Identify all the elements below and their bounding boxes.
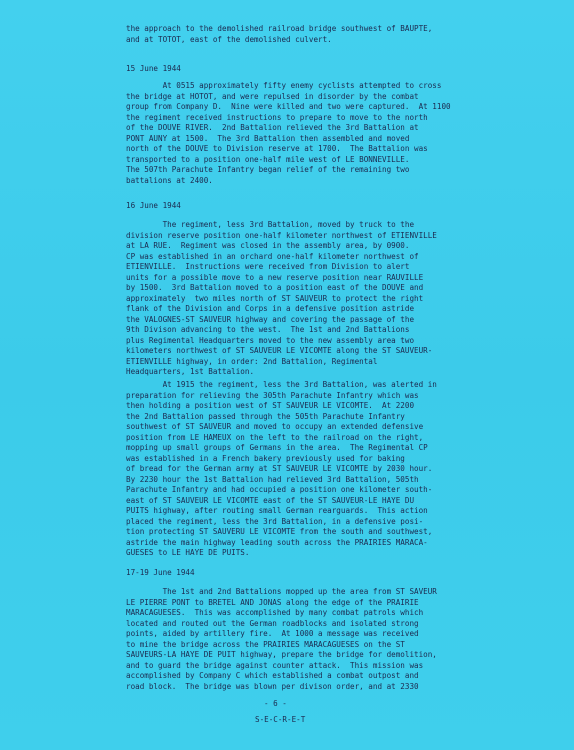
text-line: to mine the bridge across the PRAIRIES M…: [126, 640, 486, 651]
text-line: preparation for relieving the 305th Para…: [126, 391, 486, 402]
text-line: flank of the Division and Corps in a def…: [126, 304, 486, 315]
text-line: GUESES to LE HAYE DE PUITS.: [126, 548, 486, 559]
text-line: ETIENVILLE. Instructions were received f…: [126, 262, 486, 273]
intro-paragraph: the approach to the demolished railroad …: [126, 24, 486, 45]
text-line: At 1915 the regiment, less the 3rd Batta…: [126, 380, 486, 391]
section-date-heading: 15 June 1944: [126, 64, 181, 73]
paragraph: At 0515 approximately fifty enemy cyclis…: [126, 81, 486, 186]
text-line: Parachute Infantry and had occupied a po…: [126, 485, 486, 496]
page-number: - 6 -: [264, 699, 287, 708]
text-line: the approach to the demolished railroad …: [126, 24, 486, 35]
text-line: of bread for the German army at ST SAUVE…: [126, 464, 486, 475]
text-line: ETIENVILLE highway, in order: 2nd Battal…: [126, 357, 486, 368]
text-line: north of the DOUVE to Division reserve a…: [126, 144, 486, 155]
text-line: at LA RUE. Regiment was closed in the as…: [126, 241, 486, 252]
text-line: road block. The bridge was blown per div…: [126, 682, 486, 693]
text-line: MARACAGUESES. This was accomplished by m…: [126, 608, 486, 619]
text-line: mopping up small groups of Germans in th…: [126, 443, 486, 454]
text-line: the bridge at HOTOT, and were repulsed i…: [126, 92, 486, 103]
text-line: PUITS highway, after routing small Germa…: [126, 506, 486, 517]
text-line: The regiment, less 3rd Battalion, moved …: [126, 220, 486, 231]
text-line: transported to a position one-half mile …: [126, 155, 486, 166]
text-line: plus Regimental Headquarters moved to th…: [126, 336, 486, 347]
text-line: battalions at 2400.: [126, 176, 486, 187]
text-line: the regiment received instructions to pr…: [126, 113, 486, 124]
text-line: the VALOGNES-ST SAUVEUR highway and cove…: [126, 315, 486, 326]
text-line: and at TOTOT, east of the demolished cul…: [126, 35, 486, 46]
text-line: located and routed out the German roadbl…: [126, 619, 486, 630]
text-line: By 2230 hour the 1st Battalion had relie…: [126, 475, 486, 486]
text-line: of the DOUVE RIVER. 2nd Battalion reliev…: [126, 123, 486, 134]
text-line: group from Company D. Nine were killed a…: [126, 102, 486, 113]
text-line: east of ST SAUVEUR LE VICOMTE east of th…: [126, 496, 486, 507]
text-line: by 1500. 3rd Battalion moved to a positi…: [126, 283, 486, 294]
text-line: astride the main highway leading south a…: [126, 538, 486, 549]
text-line: accomplished by Company C which establis…: [126, 671, 486, 682]
classification-marking: S-E-C-R-E-T: [255, 715, 305, 724]
text-line: units for a possible move to a new reser…: [126, 273, 486, 284]
text-line: SAUVEURS-LA HAYE DE PUIT highway, prepar…: [126, 650, 486, 661]
text-line: the 2nd Battalion passed through the 505…: [126, 412, 486, 423]
text-line: was established in a French bakery previ…: [126, 454, 486, 465]
text-line: tion protecting ST SAUVERU LE VICOMTE fr…: [126, 527, 486, 538]
text-line: division reserve position one-half kilom…: [126, 231, 486, 242]
text-line: then holding a position west of ST SAUVE…: [126, 401, 486, 412]
text-line: CP was established in an orchard one-hal…: [126, 252, 486, 263]
text-line: PONT AUNY at 1500. The 3rd Battalion the…: [126, 134, 486, 145]
text-line: points, aided by artillery fire. At 1000…: [126, 629, 486, 640]
text-line: At 0515 approximately fifty enemy cyclis…: [126, 81, 486, 92]
paragraph: At 1915 the regiment, less the 3rd Batta…: [126, 380, 486, 559]
text-line: LE PIERRE PONT to BRETEL AND JONAS along…: [126, 598, 486, 609]
section-date-heading: 16 June 1944: [126, 201, 181, 210]
text-line: approximately two miles north of ST SAUV…: [126, 294, 486, 305]
text-line: kilometers northwest of ST SAUVEUR LE VI…: [126, 346, 486, 357]
document-page: the approach to the demolished railroad …: [0, 0, 574, 750]
text-line: position from LE HAMEUX on the left to t…: [126, 433, 486, 444]
paragraph: The regiment, less 3rd Battalion, moved …: [126, 220, 486, 378]
text-line: The 1st and 2nd Battalions mopped up the…: [126, 587, 486, 598]
text-line: and to guard the bridge against counter …: [126, 661, 486, 672]
text-line: The 507th Parachute Infantry began relie…: [126, 165, 486, 176]
text-line: Headquarters, 1st Battalion.: [126, 367, 486, 378]
text-line: southwest of ST SAUVEUR and moved to occ…: [126, 422, 486, 433]
text-line: 9th Divison advancing to the west. The 1…: [126, 325, 486, 336]
paragraph: The 1st and 2nd Battalions mopped up the…: [126, 587, 486, 692]
text-line: placed the regiment, less the 3rd Battal…: [126, 517, 486, 528]
section-date-heading: 17-19 June 1944: [126, 568, 195, 577]
